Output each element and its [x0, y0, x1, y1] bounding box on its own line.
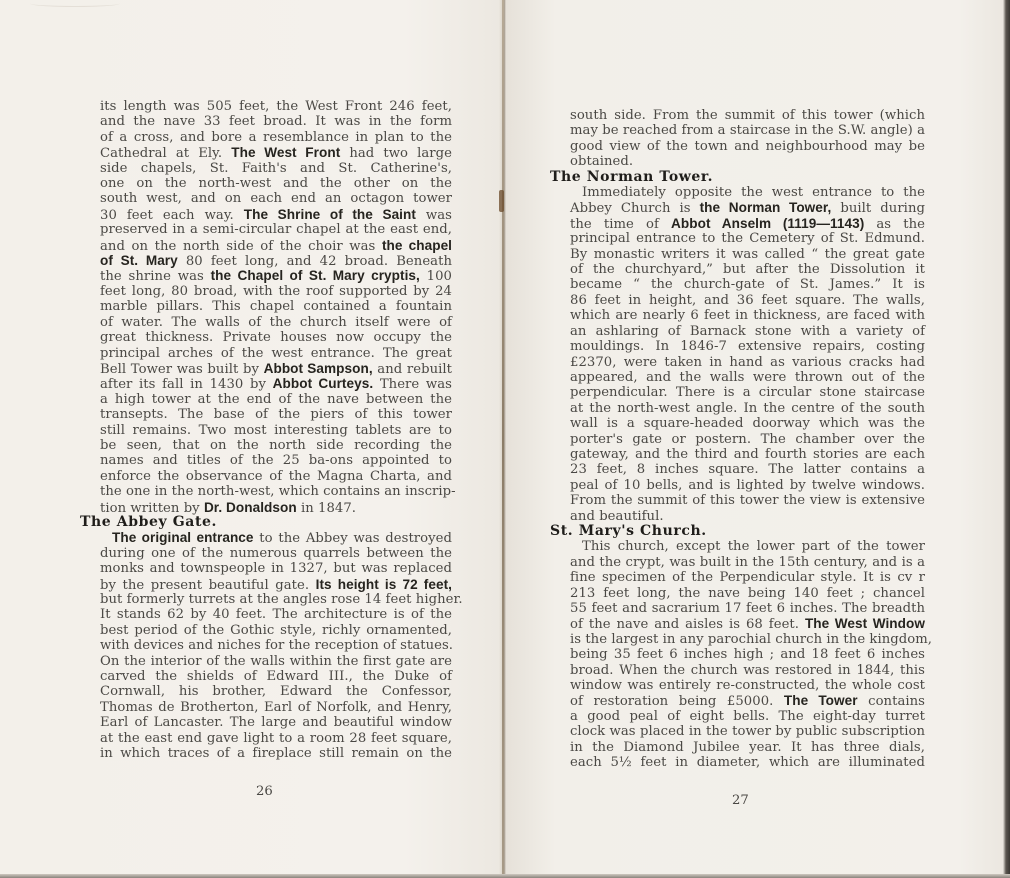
text-line: best period of the Gothic style, richly … — [100, 623, 452, 638]
text-run: with devices and niches for the receptio… — [100, 638, 453, 653]
text-line: broad. When the church was restored in 1… — [570, 663, 925, 678]
text-run: was — [416, 208, 452, 223]
text-line: great thickness. Private houses now occu… — [100, 330, 452, 345]
text-run: Bell Tower was built by — [100, 362, 264, 377]
text-run: 213 feet long, the nave being 140 feet ;… — [570, 586, 925, 601]
text-line: in which traces of a fireplace still rem… — [100, 746, 452, 761]
text-line: in the Diamond Jubilee year. It has thre… — [570, 740, 925, 755]
text-line: Bell Tower was built by Abbot Sampson, a… — [100, 361, 452, 376]
text-run: principal entrance to the Cemetery of St… — [570, 231, 925, 246]
text-line: and the nave 33 feet broad. It was in th… — [100, 114, 452, 129]
text-line: after its fall in 1430 by Abbot Curteys.… — [100, 376, 452, 391]
text-run: 86 feet in height, and 36 feet square. T… — [570, 293, 925, 308]
text-run: porter's gate or postern. The chamber ov… — [570, 432, 925, 447]
text-run: a high tower at the end of the nave betw… — [100, 392, 452, 407]
text-line: obtained. — [570, 154, 925, 169]
text-line: but formerly turrets at the angles rose … — [100, 592, 452, 607]
text-line: porter's gate or postern. The chamber ov… — [570, 432, 925, 447]
text-run: transepts. The base of the piers of this… — [100, 407, 452, 422]
text-run: perpendicular. There is a circular stone… — [570, 385, 925, 400]
bold-phrase: the Norman Tower, — [700, 200, 832, 215]
text-run: of a cross, and bore a resemblance in pl… — [100, 130, 452, 145]
text-line: 55 feet and sacrarium 17 feet 6 inches. … — [570, 601, 925, 616]
text-run: which are nearly 6 feet in thickness, ar… — [570, 308, 925, 323]
bold-phrase: The West Window — [805, 616, 925, 631]
page-number-left: 26 — [256, 784, 273, 799]
text-line: of the nave and aisles is 68 feet. The W… — [570, 616, 925, 631]
text-run: 23 feet, 8 inches square. The latter con… — [570, 462, 925, 477]
text-line: By monastic writers it was called “ the … — [570, 247, 925, 262]
text-line: of a cross, and bore a resemblance in pl… — [100, 130, 452, 145]
text-line: a good peal of eight bells. The eight-da… — [570, 709, 925, 724]
right-page: south side. From the summit of this towe… — [504, 0, 1010, 878]
text-line: and beautiful. — [570, 509, 925, 524]
text-run: 80 feet long, and 42 broad. Beneath — [178, 254, 452, 269]
text-run: still remains. Two most interesting tabl… — [100, 423, 452, 438]
text-run: Immediately opposite the west entrance t… — [582, 185, 925, 200]
text-run: names and titles of the 25 ba-ons appoin… — [100, 453, 452, 468]
text-run: great thickness. Private houses now occu… — [100, 330, 452, 345]
text-run: It stands 62 by 40 feet. The architectur… — [100, 607, 452, 622]
text-line: good view of the town and neighbourhood … — [570, 139, 925, 154]
text-line: On the interior of the walls within the … — [100, 654, 452, 669]
text-run: became “ the church-gate of St. James.” … — [570, 277, 925, 292]
text-run: had two large — [340, 146, 452, 161]
text-run: mouldings. In 1846-7 extensive repairs, … — [570, 339, 925, 354]
text-line: which are nearly 6 feet in thickness, ar… — [570, 308, 925, 323]
text-run: From the summit of this tower the view i… — [570, 493, 925, 508]
text-run: Thomas de Brotherton, Earl of Norfolk, a… — [100, 700, 452, 715]
text-run: its length was 505 feet, the West Front … — [100, 99, 452, 114]
text-line: south west, and on each end an octagon t… — [100, 191, 452, 206]
left-page: its length was 505 feet, the West Front … — [0, 0, 502, 878]
text-line: Earl of Lancaster. The large and beautif… — [100, 715, 452, 730]
bold-phrase: The original entrance — [112, 530, 254, 545]
text-run: side chapels, St. Faith's and St. Cather… — [100, 161, 452, 176]
text-line: of restoration being £5000. The Tower co… — [570, 693, 925, 708]
text-run: Cornwall, his brother, Edward the Confes… — [100, 684, 452, 699]
bold-phrase: The Shrine of the Saint — [244, 207, 416, 222]
text-run: as the — [864, 217, 925, 232]
text-line: Immediately opposite the west entrance t… — [570, 185, 925, 200]
text-run: of the churchyard,” but after the Dissol… — [570, 262, 925, 277]
text-run: during one of the numerous quarrels betw… — [100, 546, 452, 561]
text-run: 100 — [420, 269, 452, 284]
text-line: This church, except the lower part of th… — [570, 539, 925, 554]
text-run: to the Abbey was destroyed — [254, 531, 452, 546]
text-run: This church, except the lower part of th… — [582, 539, 925, 554]
bold-phrase: of St. Mary — [100, 253, 178, 268]
text-run: of water. The walls of the church itself… — [100, 315, 452, 330]
bold-phrase: The West Front — [231, 145, 340, 160]
text-run: of restoration being £5000. — [570, 694, 784, 709]
text-line: 213 feet long, the nave being 140 feet ;… — [570, 586, 925, 601]
text-line: 30 feet each way. The Shrine of the Sain… — [100, 207, 452, 222]
text-line: by the present beautiful gate. Its heigh… — [100, 577, 452, 592]
text-run: monks and townspeople in 1327, but was r… — [100, 561, 452, 576]
text-run: £2370, were taken in hand as various cra… — [570, 355, 925, 370]
right-page-text: south side. From the summit of this towe… — [570, 108, 925, 770]
text-run: 30 feet each way. — [100, 208, 244, 223]
text-line: carved the shields of Edward III., the D… — [100, 669, 452, 684]
bold-phrase: Its height is 72 feet, — [316, 577, 452, 592]
text-run: may be reached from a staircase in the S… — [570, 123, 925, 138]
text-run: best period of the Gothic style, richly … — [100, 623, 452, 638]
text-run: marble pillars. This chapel contained a … — [100, 299, 452, 314]
text-run: the shrine was — [100, 269, 211, 284]
text-line: south side. From the summit of this towe… — [570, 108, 925, 123]
bold-phrase: the Chapel of St. Mary cryptis, — [211, 268, 420, 283]
text-line: being 35 feet 6 inches high ; and 18 fee… — [570, 647, 925, 662]
text-run: by the present beautiful gate. — [100, 578, 316, 593]
text-line: appeared, and the walls were thrown out … — [570, 370, 925, 385]
text-line: peal of 10 bells, and is lighted by twel… — [570, 478, 925, 493]
text-line: gateway, and the third and fourth storie… — [570, 447, 925, 462]
text-run: principal arches of the west entrance. T… — [100, 346, 452, 361]
text-line: Abbey Church is the Norman Tower, built … — [570, 200, 925, 215]
text-line: It stands 62 by 40 feet. The architectur… — [100, 607, 452, 622]
text-run: preserved in a semi-circular chapel at t… — [100, 222, 452, 237]
text-run: and on the north side of the choir was — [100, 239, 382, 254]
text-run: On the interior of the walls within the … — [100, 654, 452, 669]
text-run: at the north-west angle. In the centre o… — [570, 401, 925, 416]
text-run: fine specimen of the Perpendicular style… — [570, 570, 925, 585]
text-line: a high tower at the end of the nave betw… — [100, 392, 452, 407]
text-line: Cornwall, his brother, Edward the Confes… — [100, 684, 452, 699]
text-line: at the east end gave light to a room 28 … — [100, 731, 452, 746]
text-line: principal arches of the west entrance. T… — [100, 346, 452, 361]
text-run: of the nave and aisles is 68 feet. — [570, 617, 805, 632]
text-run: enforce the observance of the Magna Char… — [100, 469, 452, 484]
text-run: window was entirely re-constructed, the … — [570, 678, 925, 693]
text-line: the shrine was the Chapel of St. Mary cr… — [100, 268, 452, 283]
text-run: and beautiful. — [570, 509, 664, 524]
text-line: of water. The walls of the church itself… — [100, 315, 452, 330]
page-bottom-edge — [0, 874, 1010, 878]
text-line: be seen, that on the north side recordin… — [100, 438, 452, 453]
text-run: south west, and on each end an octagon t… — [100, 191, 452, 206]
text-line: The original entrance to the Abbey was d… — [100, 530, 452, 545]
bold-phrase: The Tower — [784, 693, 858, 708]
text-line: at the north-west angle. In the centre o… — [570, 401, 925, 416]
text-run: but formerly turrets at the angles rose … — [100, 592, 463, 607]
text-run: one on the north-west and the other on t… — [100, 176, 452, 191]
bold-phrase: the chapel — [382, 238, 452, 253]
text-run: and the nave 33 feet broad. It was in th… — [100, 114, 452, 129]
text-run: broad. When the church was restored in 1… — [570, 663, 925, 678]
text-run: peal of 10 bells, and is lighted by twel… — [570, 478, 925, 493]
text-line: Thomas de Brotherton, Earl of Norfolk, a… — [100, 700, 452, 715]
text-run: the one in the north-west, which contain… — [100, 484, 456, 499]
text-line: during one of the numerous quarrels betw… — [100, 546, 452, 561]
bold-phrase: Dr. Donaldson — [204, 500, 297, 515]
text-run: and rebuilt — [373, 362, 452, 377]
bold-phrase: Abbot Curteys. — [273, 376, 374, 391]
page-number-right: 27 — [732, 793, 749, 808]
text-run: good view of the town and neighbourhood … — [570, 139, 925, 154]
text-run: a good peal of eight bells. The eight-da… — [570, 709, 925, 724]
text-run: contains — [858, 694, 925, 709]
text-run: and the crypt, was built in the 15th cen… — [570, 555, 925, 570]
text-run: wall is a square-headed doorway which wa… — [570, 416, 925, 431]
text-line: Cathedral at Ely. The West Front had two… — [100, 145, 452, 160]
text-line: became “ the church-gate of St. James.” … — [570, 277, 925, 292]
text-run: is the largest in any parochial church i… — [570, 632, 932, 647]
text-line: with devices and niches for the receptio… — [100, 638, 452, 653]
text-line: window was entirely re-constructed, the … — [570, 678, 925, 693]
text-run: 55 feet and sacrarium 17 feet 6 inches. … — [570, 601, 925, 616]
text-run: appeared, and the walls were thrown out … — [570, 370, 925, 385]
text-line: wall is a square-headed doorway which wa… — [570, 416, 925, 431]
text-line: and the crypt, was built in the 15th cen… — [570, 555, 925, 570]
text-run: Earl of Lancaster. The large and beautif… — [100, 715, 452, 730]
text-line: feet long, 80 broad, with the roof suppo… — [100, 284, 452, 299]
text-line: marble pillars. This chapel contained a … — [100, 299, 452, 314]
text-run: in 1847. — [297, 501, 356, 516]
text-line: 23 feet, 8 inches square. The latter con… — [570, 462, 925, 477]
text-line: an ashlaring of Barnack stone with a var… — [570, 324, 925, 339]
text-run: in the Diamond Jubilee year. It has thre… — [570, 740, 925, 755]
text-line: tion written by Dr. Donaldson in 1847. — [100, 500, 452, 515]
text-line: names and titles of the 25 ba-ons appoin… — [100, 453, 452, 468]
text-run: be seen, that on the north side recordin… — [100, 438, 452, 453]
text-line: 86 feet in height, and 36 feet square. T… — [570, 293, 925, 308]
text-line: enforce the observance of the Magna Char… — [100, 469, 452, 484]
text-run: There was — [373, 377, 452, 392]
text-line: clock was placed in the tower by public … — [570, 724, 925, 739]
text-run: built during — [831, 201, 925, 216]
text-line: and on the north side of the choir was t… — [100, 238, 452, 253]
text-run: obtained. — [570, 154, 633, 169]
text-run: south side. From the summit of this towe… — [570, 108, 925, 123]
text-line: of the churchyard,” but after the Dissol… — [570, 262, 925, 277]
bold-phrase: Abbot Anselm (1119—1143) — [671, 216, 864, 231]
text-line: monks and townspeople in 1327, but was r… — [100, 561, 452, 576]
text-run: feet long, 80 broad, with the roof suppo… — [100, 284, 452, 299]
text-run: in which traces of a fireplace still rem… — [100, 746, 452, 761]
text-run: at the east end gave light to a room 28 … — [100, 731, 452, 746]
section-heading: The Norman Tower. — [550, 170, 925, 185]
section-heading: The Abbey Gate. — [80, 515, 452, 530]
text-line: side chapels, St. Faith's and St. Cather… — [100, 161, 452, 176]
text-line: may be reached from a staircase in the S… — [570, 123, 925, 138]
text-line: one on the north-west and the other on t… — [100, 176, 452, 191]
text-line: each 5½ feet in diameter, which are illu… — [570, 755, 925, 770]
text-line: fine specimen of the Perpendicular style… — [570, 570, 925, 585]
text-run: the time of — [570, 217, 671, 232]
text-line: preserved in a semi-circular chapel at t… — [100, 222, 452, 237]
left-page-text: its length was 505 feet, the West Front … — [100, 99, 452, 761]
text-run: an ashlaring of Barnack stone with a var… — [570, 324, 925, 339]
text-line: From the summit of this tower the view i… — [570, 493, 925, 508]
text-run: clock was placed in the tower by public … — [570, 724, 925, 739]
text-line: perpendicular. There is a circular stone… — [570, 385, 925, 400]
text-run: each 5½ feet in diameter, which are illu… — [570, 755, 925, 770]
text-line: mouldings. In 1846-7 extensive repairs, … — [570, 339, 925, 354]
text-line: the one in the north-west, which contain… — [100, 484, 452, 499]
text-run: carved the shields of Edward III., the D… — [100, 669, 452, 684]
text-line: transepts. The base of the piers of this… — [100, 407, 452, 422]
text-line: still remains. Two most interesting tabl… — [100, 423, 452, 438]
text-run: being 35 feet 6 inches high ; and 18 fee… — [570, 647, 925, 662]
text-run: Cathedral at Ely. — [100, 146, 231, 161]
text-line: is the largest in any parochial church i… — [570, 632, 925, 647]
text-run: after its fall in 1430 by — [100, 377, 273, 392]
book-spread: its length was 505 feet, the West Front … — [0, 0, 1010, 878]
text-run: By monastic writers it was called “ the … — [570, 247, 925, 262]
text-run: gateway, and the third and fourth storie… — [570, 447, 925, 462]
text-run: Abbey Church is — [570, 201, 700, 216]
text-line: its length was 505 feet, the West Front … — [100, 99, 452, 114]
text-line: of St. Mary 80 feet long, and 42 broad. … — [100, 253, 452, 268]
text-line: £2370, were taken in hand as various cra… — [570, 355, 925, 370]
section-heading: St. Mary's Church. — [550, 524, 925, 539]
bold-phrase: Abbot Sampson, — [264, 361, 373, 376]
text-line: the time of Abbot Anselm (1119—1143) as … — [570, 216, 925, 231]
text-line: principal entrance to the Cemetery of St… — [570, 231, 925, 246]
